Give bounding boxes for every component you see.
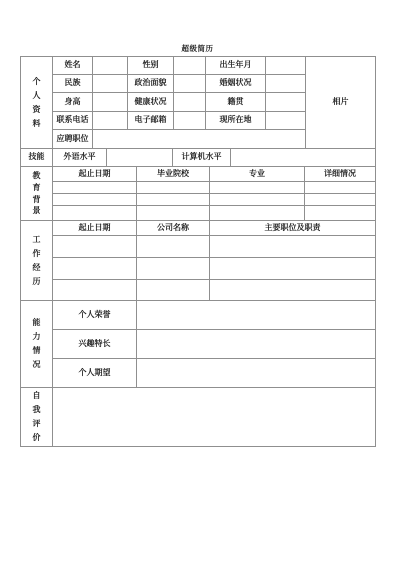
- skills-section: 技能 外语水平 计算机水平: [20, 148, 376, 167]
- ability-label-honors: 个人荣誉: [53, 301, 137, 330]
- work-header-company: 公司名称: [137, 221, 210, 236]
- marital-status-value-cell[interactable]: [266, 75, 306, 93]
- personal-info-section: 个人资料 姓名 性别 出生年月 相片 民族 政治面貌 婚姻状况 身高 健康状况 …: [20, 56, 376, 149]
- work-row-company-cell[interactable]: [137, 236, 210, 258]
- email-value-cell[interactable]: [174, 112, 206, 130]
- edu-row-details-cell[interactable]: [305, 182, 376, 194]
- field-label-political-status: 政治面貌: [128, 75, 174, 93]
- section-label-self-evaluation: 自我评价: [21, 388, 53, 447]
- work-row-date-cell[interactable]: [53, 258, 137, 280]
- field-label-email: 电子邮箱: [128, 112, 174, 130]
- field-label-marital-status: 婚姻状况: [206, 75, 266, 93]
- edu-row-school-cell[interactable]: [137, 182, 210, 194]
- edu-header-details: 详细情况: [305, 167, 376, 182]
- edu-header-date-range: 起止日期: [53, 167, 137, 182]
- field-label-name: 姓名: [53, 57, 93, 75]
- work-row-company-cell[interactable]: [137, 280, 210, 301]
- ability-interests-value-cell[interactable]: [137, 330, 376, 359]
- field-label-health: 健康状况: [128, 93, 174, 112]
- field-label-gender: 性别: [128, 57, 174, 75]
- height-value-cell[interactable]: [93, 93, 128, 112]
- section-label-education: 教育背景: [21, 167, 53, 221]
- position-applied-value-cell[interactable]: [93, 130, 306, 149]
- edu-header-major: 专业: [210, 167, 305, 182]
- work-header-date-range: 起止日期: [53, 221, 137, 236]
- work-experience-section: 工作经历 起止日期 公司名称 主要职位及职责: [20, 220, 376, 301]
- location-value-cell[interactable]: [266, 112, 306, 130]
- field-label-phone: 联系电话: [53, 112, 93, 130]
- edu-row-details-cell[interactable]: [305, 194, 376, 206]
- ethnicity-value-cell[interactable]: [93, 75, 128, 93]
- birthdate-value-cell[interactable]: [266, 57, 306, 75]
- section-label-work: 工作经历: [21, 221, 53, 301]
- edu-header-school: 毕业院校: [137, 167, 210, 182]
- edu-row-major-cell[interactable]: [210, 194, 305, 206]
- edu-row-school-cell[interactable]: [137, 194, 210, 206]
- work-row-company-cell[interactable]: [137, 258, 210, 280]
- ability-honors-value-cell[interactable]: [137, 301, 376, 330]
- work-header-duties: 主要职位及职责: [210, 221, 376, 236]
- health-value-cell[interactable]: [174, 93, 206, 112]
- field-label-native-place: 籍贯: [206, 93, 266, 112]
- work-row-duties-cell[interactable]: [210, 258, 376, 280]
- work-row-date-cell[interactable]: [53, 280, 137, 301]
- work-row-duties-cell[interactable]: [210, 236, 376, 258]
- self-evaluation-section: 自我评价: [20, 387, 376, 447]
- field-label-position-applied: 应聘职位: [53, 130, 93, 149]
- foreign-language-value-cell[interactable]: [107, 149, 173, 167]
- edu-row-school-cell[interactable]: [137, 206, 210, 221]
- ability-label-interests: 兴趣特长: [53, 330, 137, 359]
- name-value-cell[interactable]: [93, 57, 128, 75]
- education-section: 教育背景 起止日期 毕业院校 专业 详细情况: [20, 166, 376, 221]
- edu-row-date-cell[interactable]: [53, 194, 137, 206]
- edu-row-date-cell[interactable]: [53, 182, 137, 194]
- computer-level-value-cell[interactable]: [231, 149, 376, 167]
- section-label-abilities: 能力情况: [21, 301, 53, 388]
- edu-row-date-cell[interactable]: [53, 206, 137, 221]
- self-evaluation-content-cell[interactable]: [53, 388, 376, 447]
- field-label-height: 身高: [53, 93, 93, 112]
- abilities-section: 能力情况 个人荣誉 兴趣特长 个人期望: [20, 300, 376, 388]
- gender-value-cell[interactable]: [174, 57, 206, 75]
- field-label-computer-level: 计算机水平: [173, 149, 231, 167]
- native-place-value-cell[interactable]: [266, 93, 306, 112]
- edu-row-details-cell[interactable]: [305, 206, 376, 221]
- ability-label-expectations: 个人期望: [53, 359, 137, 388]
- ability-expectations-value-cell[interactable]: [137, 359, 376, 388]
- field-label-ethnicity: 民族: [53, 75, 93, 93]
- phone-value-cell[interactable]: [93, 112, 128, 130]
- resume-page: { "title": "超级简历", "colors": { "border":…: [0, 0, 400, 565]
- section-label-personal: 个人资料: [21, 57, 53, 149]
- field-label-birthdate: 出生年月: [206, 57, 266, 75]
- page-title: 超级简历: [20, 43, 375, 54]
- resume-sheet: 超级简历 个人资料 姓名 性别 出生年月 相片 民族 政治面貌 婚姻状况 身高: [20, 43, 375, 447]
- edu-row-major-cell[interactable]: [210, 206, 305, 221]
- work-row-duties-cell[interactable]: [210, 280, 376, 301]
- work-row-date-cell[interactable]: [53, 236, 137, 258]
- field-label-foreign-language: 外语水平: [53, 149, 107, 167]
- edu-row-major-cell[interactable]: [210, 182, 305, 194]
- section-label-skills: 技能: [21, 149, 53, 167]
- photo-cell[interactable]: 相片: [306, 57, 376, 149]
- political-status-value-cell[interactable]: [174, 75, 206, 93]
- field-label-location: 现所在地: [206, 112, 266, 130]
